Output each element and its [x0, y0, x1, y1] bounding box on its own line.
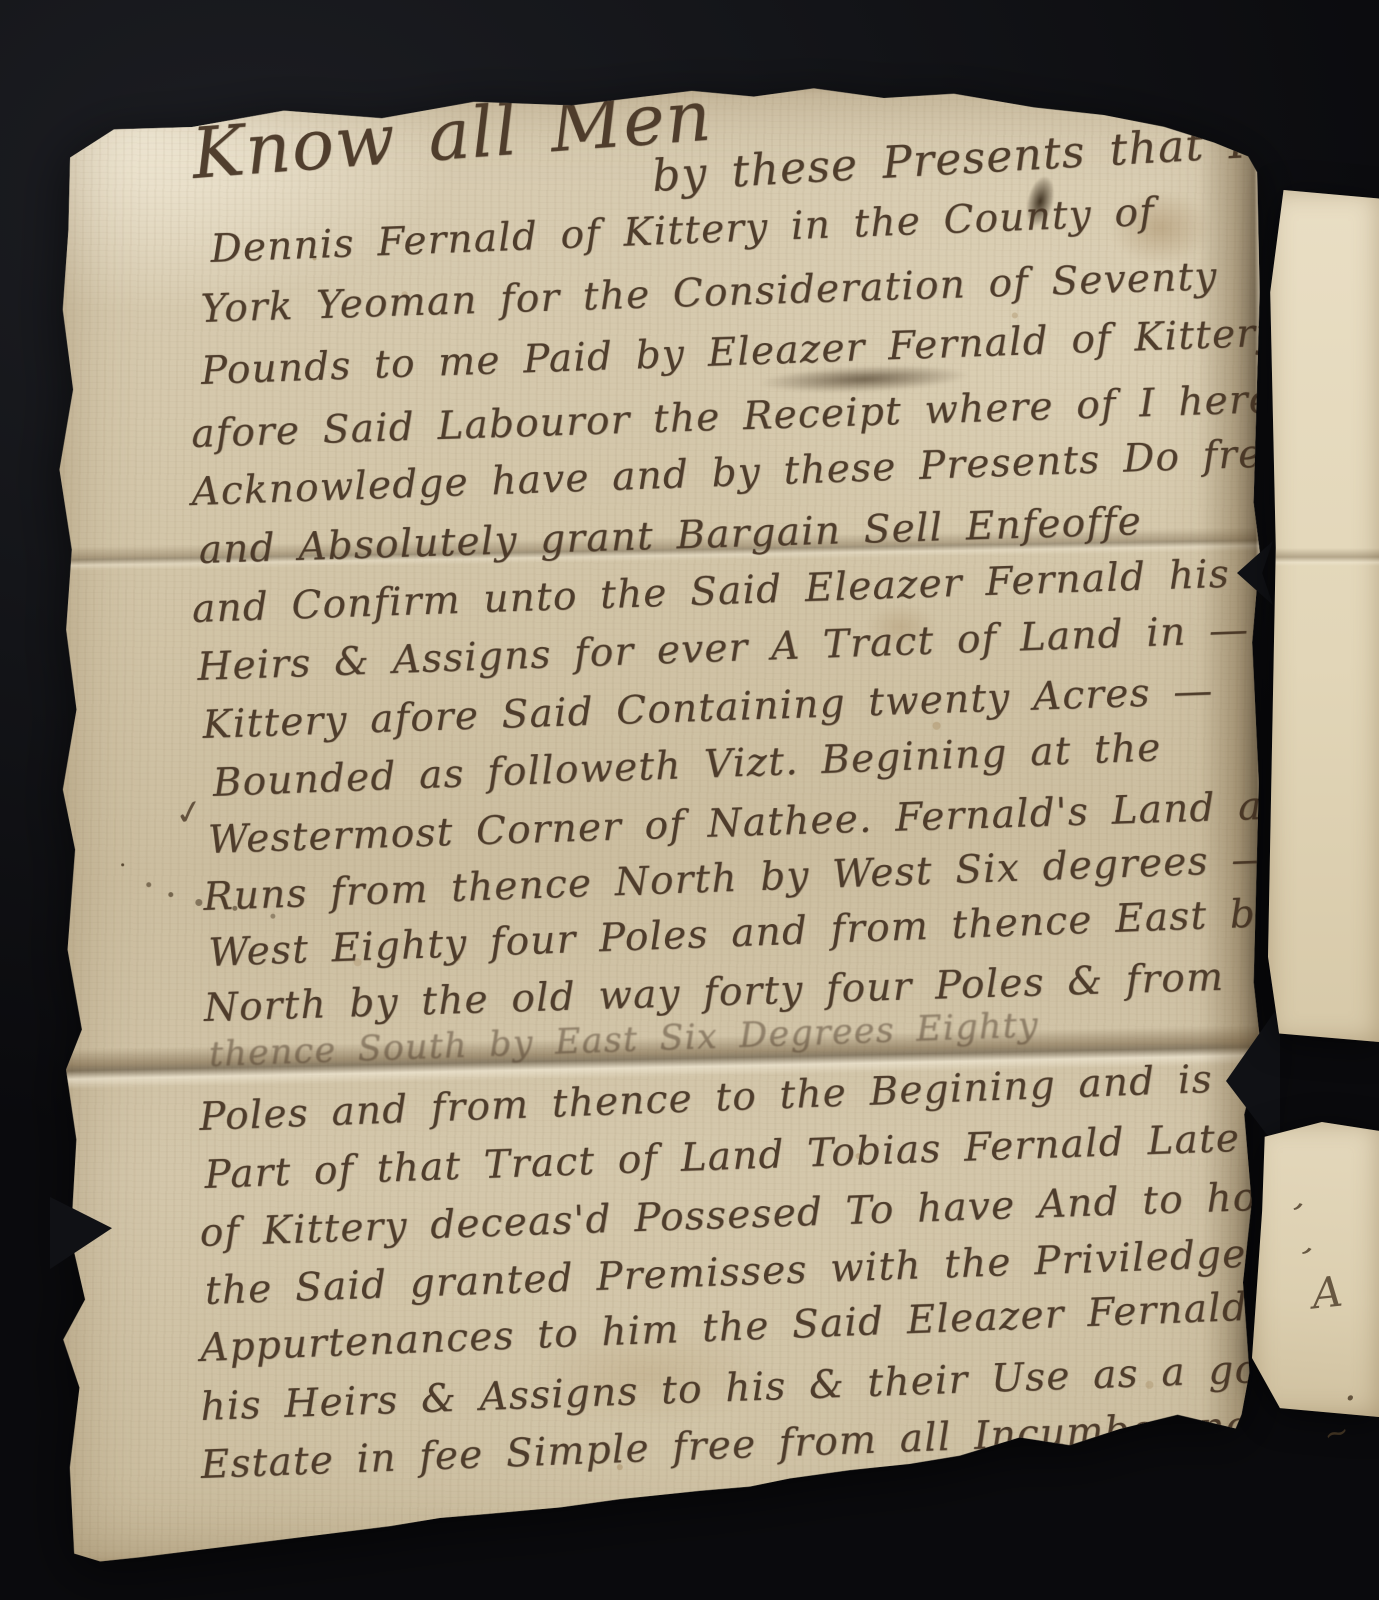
handwritten-text: Know all Menby these Presents that IDenn…: [52, 82, 1265, 1564]
text-line: Know all Men: [189, 75, 715, 195]
ink-fragment: A: [1310, 1267, 1345, 1319]
paper-sheet: [1268, 190, 1379, 1042]
text-line: by these Presents that I: [651, 117, 1249, 202]
text-line: Dennis Fernald of Kittery in the County …: [210, 190, 1156, 272]
folded-page-strip-upper: [1268, 190, 1379, 1042]
deed-page: Know all Menby these Presents that IDenn…: [52, 82, 1265, 1564]
fold-crease: [1268, 548, 1379, 566]
paper-sheet: Know all Menby these Presents that IDenn…: [52, 82, 1265, 1564]
photo-of-deed: Know all Menby these Presents that IDenn…: [0, 0, 1379, 1600]
clerk-signature: Wt. Seever: [937, 1480, 1076, 1514]
ink-fragment: ·: [1344, 1376, 1357, 1422]
